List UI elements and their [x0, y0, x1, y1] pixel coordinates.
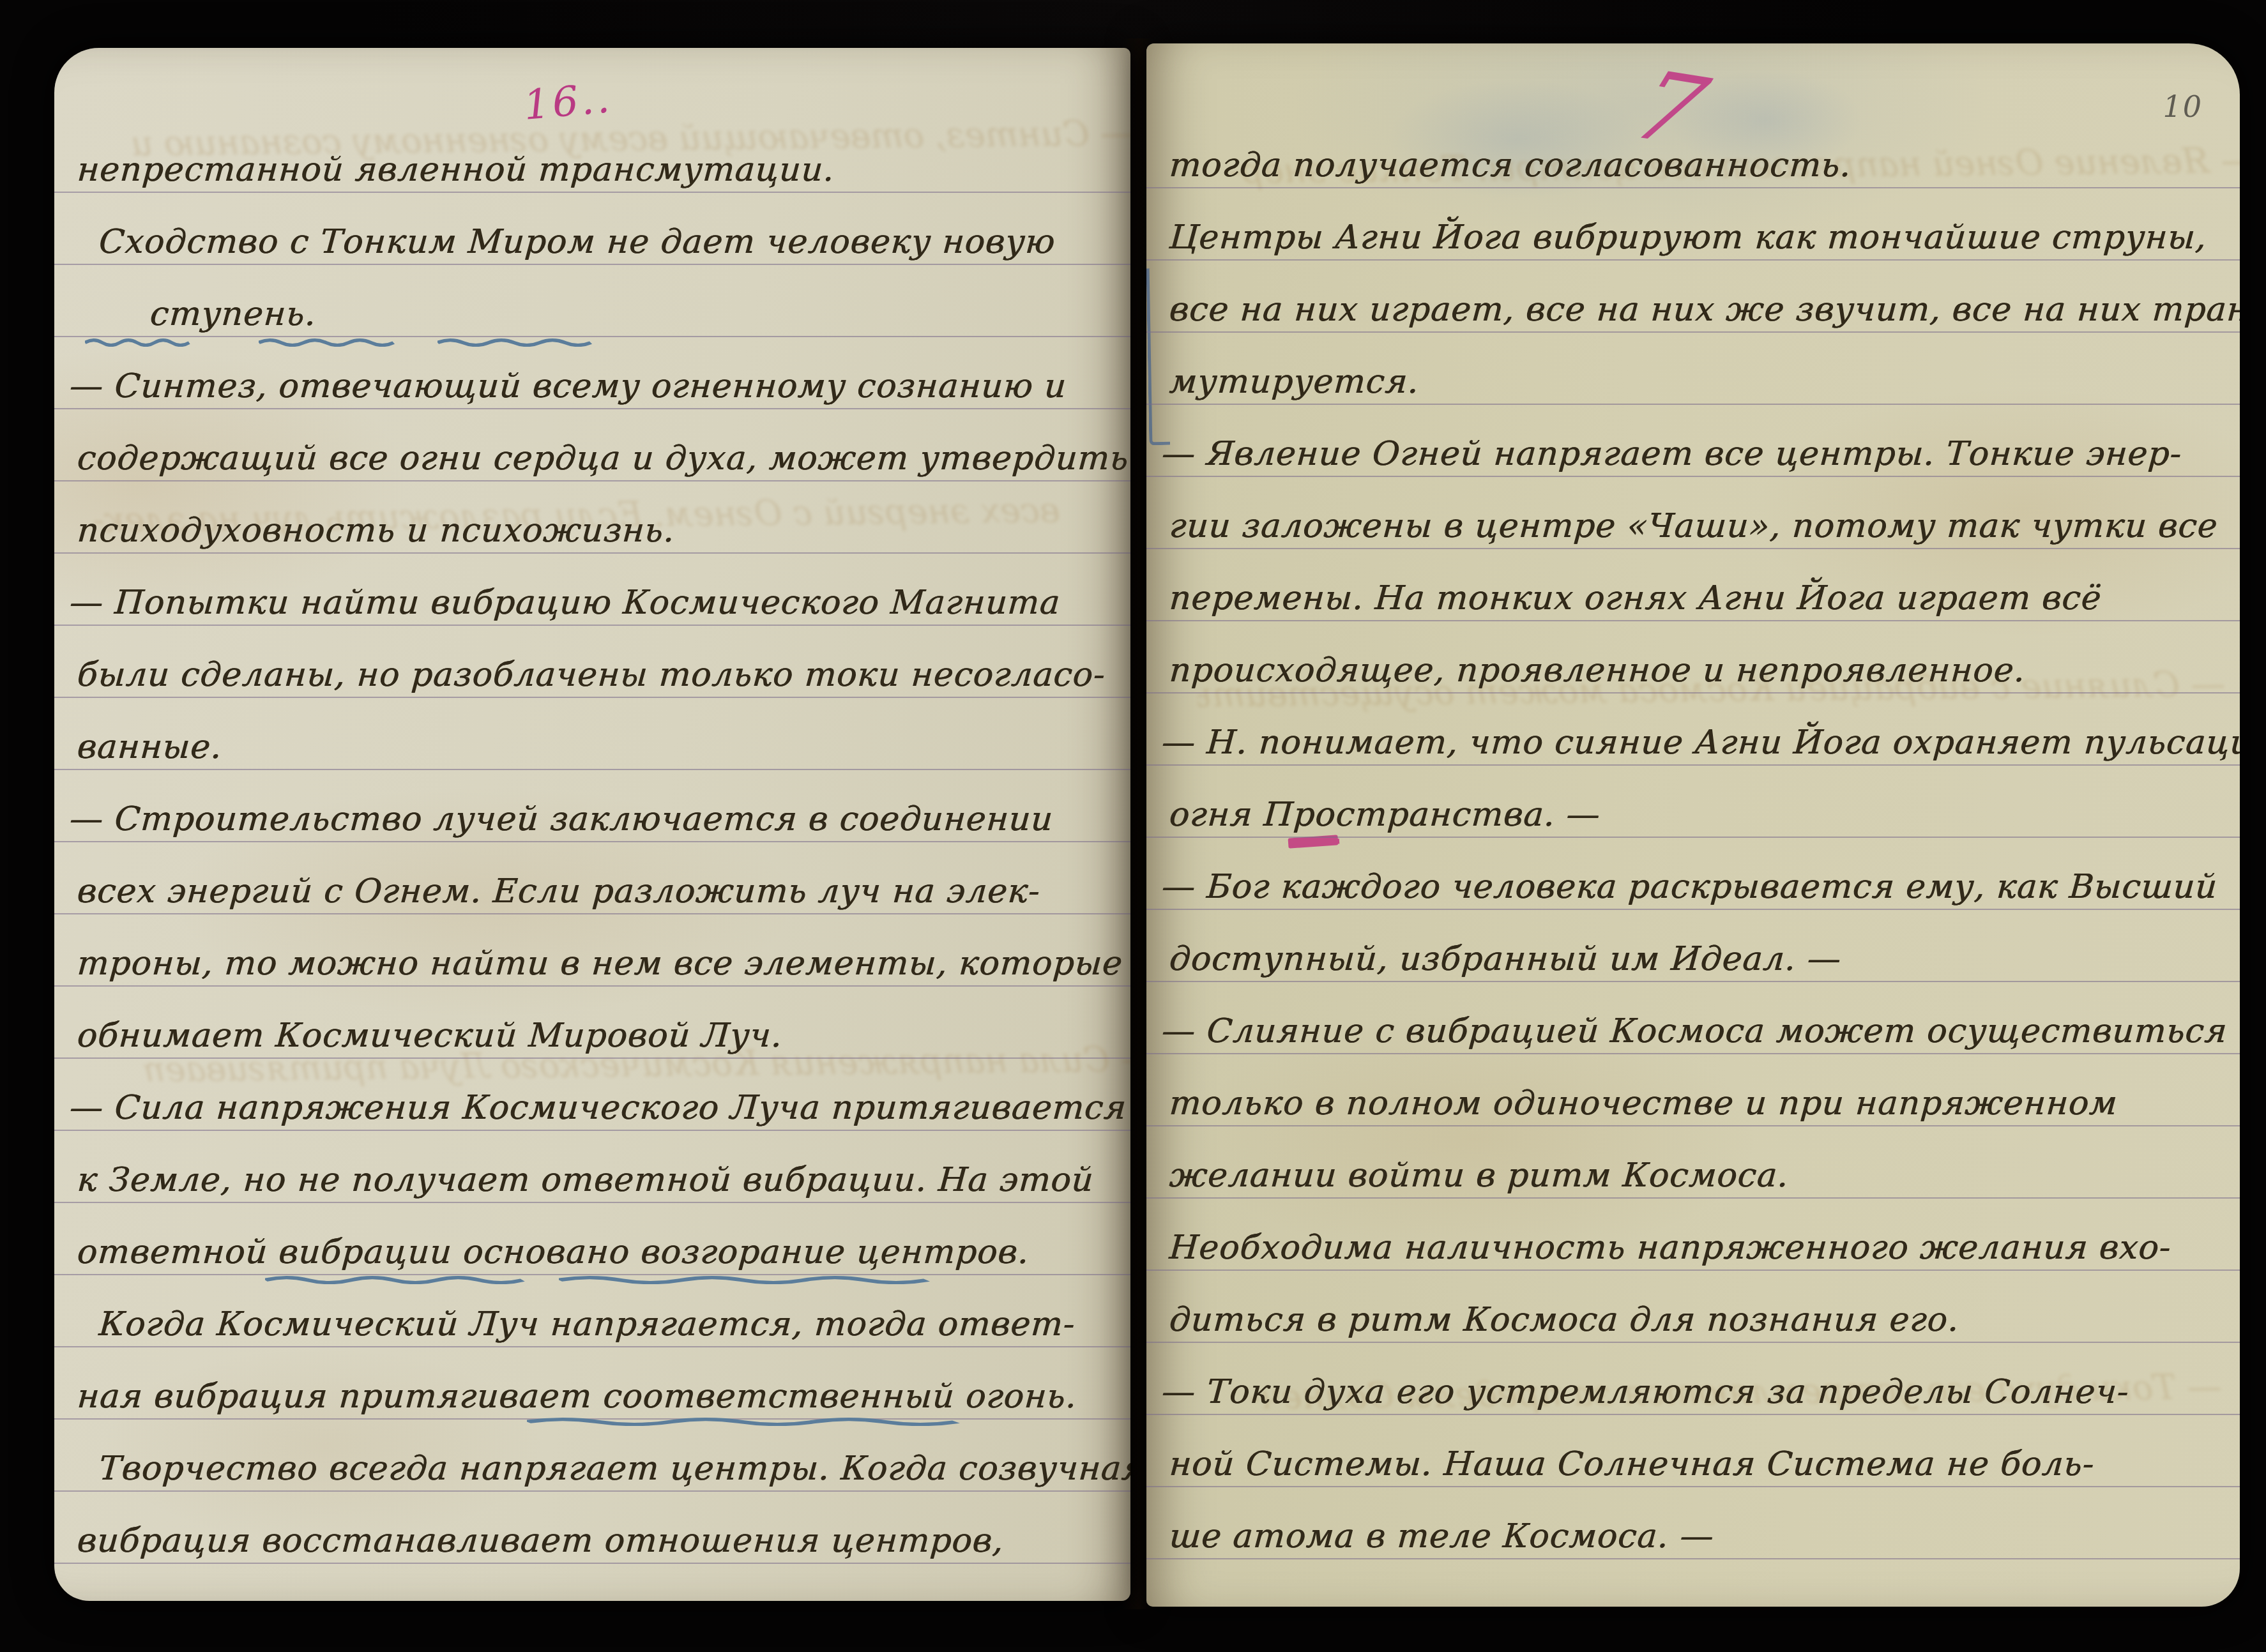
manuscript-line-text: тогда получается согласованность.: [1168, 146, 1853, 185]
manuscript-line: все на них играет, все на них же звучит,…: [1146, 261, 2240, 333]
manuscript-line: происходящее, проявленное и непроявленно…: [1146, 621, 2240, 693]
manuscript-line: ступень.: [54, 265, 1130, 337]
manuscript-line-text: перемены. На тонких огнях Агни Йога игра…: [1168, 579, 2103, 618]
right-page: 7 10 — Явление Огней напрягает все центр…: [1146, 43, 2240, 1607]
manuscript-line: тогда получается согласованность.: [1146, 116, 2240, 188]
blue-wavy-underline: [265, 1274, 533, 1284]
manuscript-line-text: — Явление Огней напрягает все центры. То…: [1160, 435, 2183, 473]
manuscript-line: доступный, избранный им Идеал. —: [1146, 910, 2240, 982]
manuscript-line-text: происходящее, проявленное и непроявленно…: [1168, 651, 2026, 690]
manuscript-line: перемены. На тонких огнях Агни Йога игра…: [1146, 549, 2240, 621]
manuscript-line-text: — Сила напряжения Космического Луча прит…: [68, 1089, 1128, 1127]
manuscript-line-text: ступень.: [149, 295, 317, 333]
manuscript-line-text: Сходство с Тонким Миром не дает человеку…: [98, 223, 1056, 261]
manuscript-line-text: к Земле, но не получает ответной вибраци…: [76, 1161, 1095, 1199]
left-page: 16.. — Синтез, отвечающий всему огненном…: [54, 48, 1130, 1601]
manuscript-line: — Строительство лучей заключается в соед…: [54, 770, 1130, 842]
manuscript-line-text: все на них играет, все на них же звучит,…: [1168, 291, 2240, 329]
manuscript-line: гии заложены в центре «Чаши», потому так…: [1146, 477, 2240, 549]
manuscript-line-text: — Попытки найти вибрацию Космического Ма…: [68, 584, 1061, 622]
blue-wavy-underline: [559, 1274, 942, 1284]
manuscript-line-text: Центры Агни Йога вибрируют как тончайшие…: [1168, 218, 2208, 257]
manuscript-line: всех энергий с Огнем. Если разложить луч…: [54, 842, 1130, 914]
manuscript-line: Когда Космический Луч напрягается, тогда…: [54, 1275, 1130, 1347]
manuscript-line-text: — Н. понимает, что сияние Агни Йога охра…: [1160, 724, 2240, 762]
manuscript-line-text: были сделаны, но разоблачены только токи…: [76, 656, 1107, 694]
manuscript-line: ответной вибрации основано возгорание це…: [54, 1203, 1130, 1275]
blue-wavy-underline: [437, 337, 597, 347]
manuscript-line-text: только в полном одиночестве и при напряж…: [1168, 1084, 2119, 1123]
manuscript-line-text: троны, то можно найти в нем все элементы…: [76, 944, 1124, 983]
manuscript-line: обнимает Космический Мировой Луч.: [54, 987, 1130, 1059]
manuscript-line-text: — Синтез, отвечающий всему огненному соз…: [68, 367, 1068, 405]
manuscript-line-text: всех энергий с Огнем. Если разложить луч…: [76, 872, 1042, 911]
manuscript-line: вибрация восстанавливает отношения центр…: [54, 1492, 1130, 1564]
manuscript-line-text: Творчество всегда напрягает центры. Когд…: [98, 1450, 1130, 1488]
manuscript-line: были сделаны, но разоблачены только токи…: [54, 626, 1130, 698]
manuscript-line-text: обнимает Космический Мировой Луч.: [76, 1017, 784, 1055]
manuscript-line: Центры Агни Йога вибрируют как тончайшие…: [1146, 188, 2240, 261]
manuscript-line: огня Пространства. —: [1146, 766, 2240, 838]
manuscript-line: — Сила напряжения Космического Луча прит…: [54, 1059, 1130, 1131]
manuscript-line-text: — Строительство лучей заключается в соед…: [68, 800, 1054, 838]
manuscript-line: желании войти в ритм Космоса.: [1146, 1126, 2240, 1199]
manuscript-line-text: диться в ритм Космоса для познания его.: [1168, 1301, 1961, 1339]
manuscript-line-text: гии заложены в центре «Чаши», потому так…: [1168, 507, 2219, 545]
manuscript-line: непрестанной явленной трансмутации.: [54, 121, 1130, 193]
manuscript-line: ная вибрация притягивает соответственный…: [54, 1347, 1130, 1420]
manuscript-line-text: Необходима наличность напряженного желан…: [1168, 1229, 2173, 1267]
manuscript-line: психодуховность и психожизнь.: [54, 481, 1130, 554]
manuscript-line: мутируется.: [1146, 333, 2240, 405]
manuscript-line-text: непрестанной явленной трансмутации.: [76, 151, 836, 189]
manuscript-line-text: ванные.: [76, 728, 224, 766]
manuscript-line: — Попытки найти вибрацию Космического Ма…: [54, 554, 1130, 626]
manuscript-line: троны, то можно найти в нем все элементы…: [54, 914, 1130, 987]
manuscript-line: — Бог каждого человека раскрывается ему,…: [1146, 838, 2240, 910]
manuscript-line-text: ше атома в теле Космоса. —: [1168, 1517, 1715, 1556]
manuscript-line: Необходима наличность напряженного желан…: [1146, 1199, 2240, 1271]
manuscript-line-text: психодуховность и психожизнь.: [76, 512, 676, 550]
manuscript-line: к Земле, но не получает ответной вибраци…: [54, 1131, 1130, 1203]
manuscript-line-text: ная вибрация притягивает соответственный…: [76, 1377, 1078, 1416]
manuscript-line: — Токи духа его устремляются за пределы …: [1146, 1343, 2240, 1415]
manuscript-line-text: — Бог каждого человека раскрывается ему,…: [1160, 868, 2219, 906]
manuscript-line: ной Системы. Наша Солнечная Система не б…: [1146, 1415, 2240, 1487]
manuscript-line-text: вибрация восстанавливает отношения центр…: [76, 1522, 1005, 1560]
right-page-ruled-lines: тогда получается согласованность. Центры…: [1146, 116, 2240, 1559]
manuscript-line: Сходство с Тонким Миром не дает человеку…: [54, 193, 1130, 265]
manuscript-line: — Н. понимает, что сияние Агни Йога охра…: [1146, 693, 2240, 766]
manuscript-line-text: ной Системы. Наша Солнечная Система не б…: [1168, 1445, 2095, 1483]
manuscript-line-text: мутируется.: [1168, 363, 1420, 401]
manuscript-line-text: содержащий все огни сердца и духа, может…: [76, 439, 1130, 478]
manuscript-line: ше атома в теле Космоса. —: [1146, 1487, 2240, 1559]
manuscript-line: только в полном одиночестве и при напряж…: [1146, 1054, 2240, 1126]
manuscript-line-text: ответной вибрации основано возгорание це…: [76, 1233, 1031, 1271]
blue-wavy-underline: [259, 337, 399, 347]
manuscript-line-text: огня Пространства. —: [1168, 796, 1602, 834]
manuscript-line-text: Когда Космический Луч напрягается, тогда…: [98, 1305, 1076, 1344]
blue-wavy-underline: [85, 337, 194, 347]
manuscript-line-text: желании войти в ритм Космоса.: [1168, 1156, 1790, 1195]
manuscript-line-text: — Слияние с вибрацией Космоса может осущ…: [1160, 1012, 2228, 1050]
blue-wavy-underline: [527, 1416, 974, 1426]
notebook-spread: 16.. — Синтез, отвечающий всему огненном…: [0, 0, 2266, 1652]
manuscript-line: — Явление Огней напрягает все центры. То…: [1146, 405, 2240, 477]
manuscript-line-text: доступный, избранный им Идеал. —: [1168, 940, 1843, 978]
manuscript-line: ванные.: [54, 698, 1130, 770]
manuscript-line: диться в ритм Космоса для познания его.: [1146, 1271, 2240, 1343]
manuscript-line: — Синтез, отвечающий всему огненному соз…: [54, 337, 1130, 409]
manuscript-line: содержащий все огни сердца и духа, может…: [54, 409, 1130, 481]
manuscript-line: — Слияние с вибрацией Космоса может осущ…: [1146, 982, 2240, 1054]
manuscript-line-text: — Токи духа его устремляются за пределы …: [1160, 1373, 2130, 1411]
manuscript-line: Творчество всегда напрягает центры. Когд…: [54, 1420, 1130, 1492]
